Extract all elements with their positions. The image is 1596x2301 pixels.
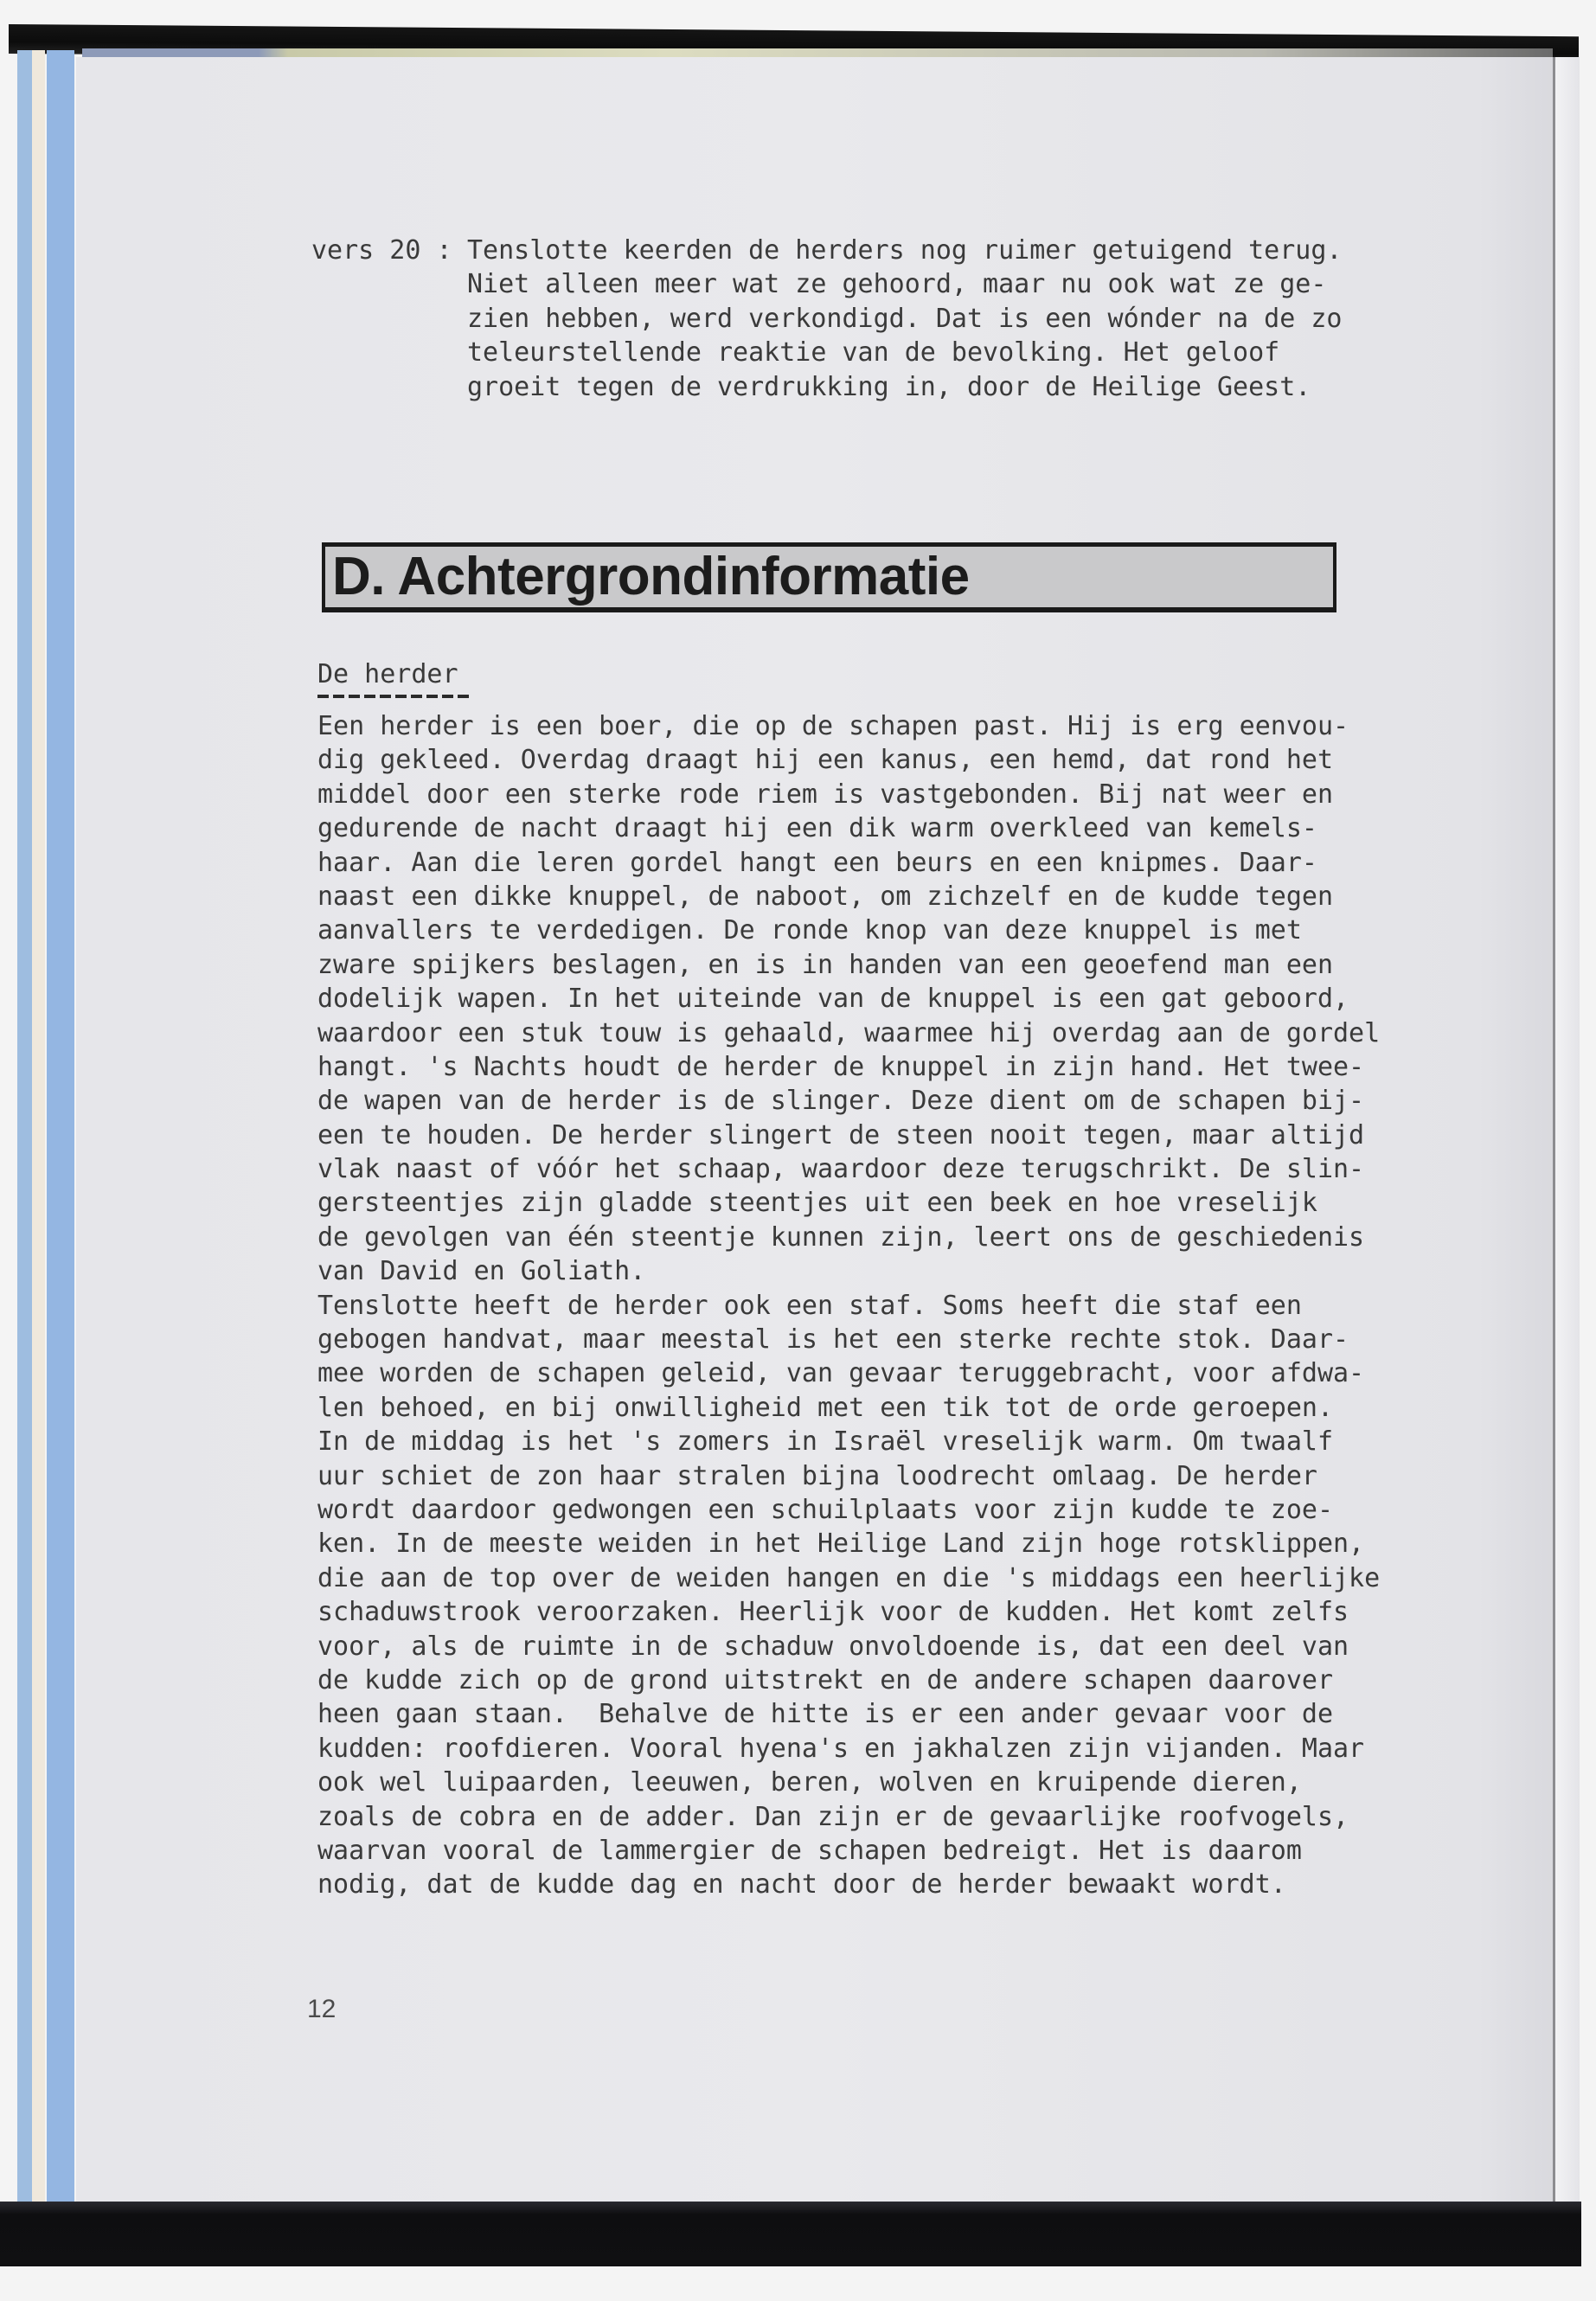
text-line: waarvan vooral de lammergier de schapen … bbox=[317, 1834, 1380, 1868]
text-line: uur schiet de zon haar stralen bijna loo… bbox=[317, 1459, 1380, 1493]
verse-text: Tenslotte keerden de herders nog ruimer … bbox=[467, 234, 1342, 404]
text-line: heen gaan staan. Behalve de hitte is er … bbox=[317, 1697, 1380, 1731]
bottom-binding-edge bbox=[0, 2202, 1581, 2266]
text-line: Niet alleen meer wat ze gehoord, maar nu… bbox=[467, 267, 1342, 301]
text-line: waardoor een stuk touw is gehaald, waarm… bbox=[317, 1016, 1380, 1050]
text-line: voor, als de ruimte in de schaduw onvold… bbox=[317, 1630, 1380, 1663]
verse-label: vers 20 : bbox=[311, 234, 452, 267]
text-line: groeit tegen de verdrukking in, door de … bbox=[467, 370, 1342, 404]
text-line: van David en Goliath. bbox=[317, 1254, 1380, 1288]
subheading: De herder bbox=[317, 657, 458, 691]
text-line: gersteentjes zijn gladde steentjes uit e… bbox=[317, 1186, 1380, 1220]
text-line: Tenslotte heeft de herder ook een staf. … bbox=[317, 1289, 1380, 1323]
text-line: mee worden de schapen geleid, van gevaar… bbox=[317, 1356, 1380, 1390]
text-line: de gevolgen van één steentje kunnen zijn… bbox=[317, 1221, 1380, 1254]
text-line: kudden: roofdieren. Vooral hyena's en ja… bbox=[317, 1732, 1380, 1766]
text-line: haar. Aan die leren gordel hangt een beu… bbox=[317, 846, 1380, 880]
text-line: gedurende de nacht draagt hij een dik wa… bbox=[317, 811, 1380, 845]
text-line: de wapen van de herder is de slinger. De… bbox=[317, 1084, 1380, 1118]
text-line: ken. In de meeste weiden in het Heilige … bbox=[317, 1527, 1380, 1561]
text-line: de kudde zich op de grond uitstrekt en d… bbox=[317, 1663, 1380, 1697]
page-number: 12 bbox=[307, 1995, 336, 2024]
text-line: schaduwstrook veroorzaken. Heerlijk voor… bbox=[317, 1595, 1380, 1629]
left-cover-strip bbox=[17, 50, 32, 2204]
text-line: zoals de cobra en de adder. Dan zijn er … bbox=[317, 1800, 1380, 1834]
text-line: wordt daardoor gedwongen een schuilplaat… bbox=[317, 1493, 1380, 1527]
text-line: teleurstellende reaktie van de bevolking… bbox=[467, 336, 1342, 369]
text-line: die aan de top over de weiden hangen en … bbox=[317, 1561, 1380, 1595]
text-line: gebogen handvat, maar meestal is het een… bbox=[317, 1323, 1380, 1356]
text-line: ook wel luipaarden, leeuwen, beren, wolv… bbox=[317, 1766, 1380, 1799]
section-heading: D. Achtergrondinformatie bbox=[332, 548, 970, 606]
section-heading-box: D. Achtergrondinformatie bbox=[322, 542, 1336, 612]
text-line: dig gekleed. Overdag draagt hij een kanu… bbox=[317, 743, 1380, 777]
text-line: aanvallers te verdedigen. De ronde knop … bbox=[317, 913, 1380, 947]
text-line: Een herder is een boer, die op de schape… bbox=[317, 709, 1380, 743]
text-line: een te houden. De herder slingert de ste… bbox=[317, 1118, 1380, 1152]
text-line: nodig, dat de kudde dag en nacht door de… bbox=[317, 1868, 1380, 1901]
left-cover-strip bbox=[47, 50, 74, 2204]
top-page-edge bbox=[82, 48, 1553, 57]
page-right-edge bbox=[1555, 57, 1580, 2202]
text-line: naast een dikke knuppel, de naboot, om z… bbox=[317, 880, 1380, 913]
subheading-underline bbox=[317, 695, 471, 698]
text-line: Tenslotte keerden de herders nog ruimer … bbox=[467, 234, 1342, 267]
text-line: len behoed, en bij onwilligheid met een … bbox=[317, 1391, 1380, 1425]
text-line: hangt. 's Nachts houdt de herder de knup… bbox=[317, 1050, 1380, 1084]
left-cover-strip bbox=[32, 50, 45, 2204]
text-line: middel door een sterke rode riem is vast… bbox=[317, 778, 1380, 811]
text-line: dodelijk wapen. In het uiteinde van de k… bbox=[317, 982, 1380, 1016]
text-line: zien hebben, werd verkondigd. Dat is een… bbox=[467, 302, 1342, 336]
text-line: zware spijkers beslagen, en is in handen… bbox=[317, 948, 1380, 982]
text-line: vlak naast of vóór het schaap, waardoor … bbox=[317, 1152, 1380, 1186]
text-line: In de middag is het 's zomers in Israël … bbox=[317, 1425, 1380, 1458]
body-text: Een herder is een boer, die op de schape… bbox=[317, 709, 1380, 1902]
